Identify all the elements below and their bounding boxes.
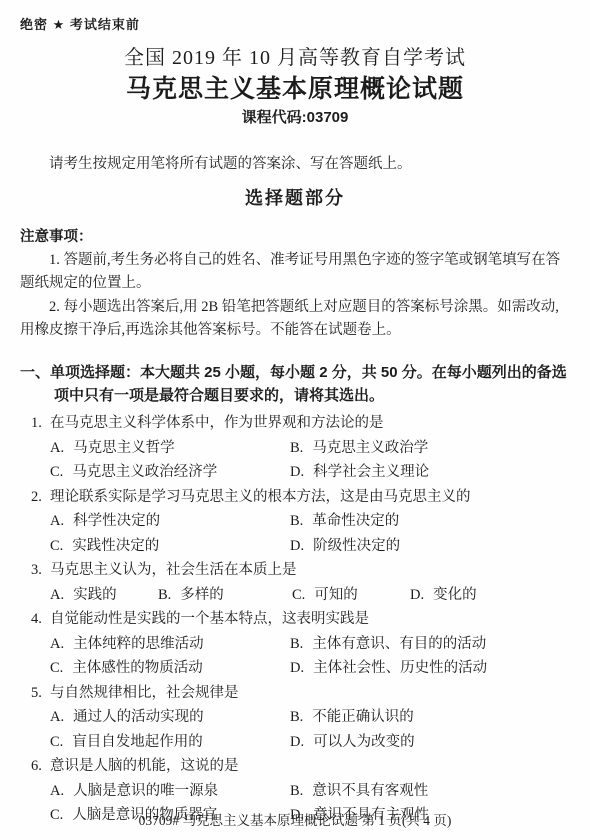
question-list: 1.在马克思主义科学体系中，作为世界观和方法论的是 A.马克思主义哲学 B.马克…	[20, 411, 570, 828]
option-letter: A.	[50, 587, 64, 603]
course-code: 课程代码:03709	[20, 108, 570, 128]
option-text: 阶级性决定的	[313, 538, 400, 554]
option-letter: D.	[410, 587, 424, 603]
option-text: 实践性决定的	[72, 538, 159, 554]
question-stem-row: 4.自觉能动性是实践的一个基本特点，这表明实践是	[20, 607, 570, 632]
note-item: 2. 每小题选出答案后,用 2B 铅笔把答题纸上对应题目的答案标号涂黑。如需改动…	[20, 296, 570, 341]
answer-option: C.可知的	[292, 583, 410, 608]
question-stem-row: 2.理论联系实际是学习马克思主义的根本方法，这是由马克思主义的	[20, 485, 570, 510]
option-group: A.马克思主义哲学 B.马克思主义政治学 C.马克思主义政治经济学 D.科学社会…	[20, 436, 570, 485]
option-letter: B.	[290, 636, 303, 652]
option-letter: A.	[50, 513, 64, 529]
answer-option: D.主体社会性、历史性的活动	[290, 656, 570, 681]
option-letter: A.	[50, 783, 64, 799]
option-text: 主体纯粹的思维活动	[73, 636, 204, 652]
notes-title: 注意事项：	[20, 227, 570, 247]
option-group: A.通过人的活动实现的 B.不能正确认识的 C.盲目自发地起作用的 D.可以人为…	[20, 705, 570, 754]
answer-option: B.多样的	[158, 583, 292, 608]
option-letter: B.	[290, 440, 303, 456]
option-text: 通过人的活动实现的	[73, 709, 204, 725]
option-letter: B.	[290, 513, 303, 529]
question-stem: 自觉能动性是实践的一个基本特点，这表明实践是	[50, 611, 369, 627]
option-text: 主体有意识、有目的的活动	[312, 636, 486, 652]
option-letter: A.	[50, 440, 64, 456]
question-stem: 与自然规律相比，社会规律是	[50, 685, 239, 701]
option-letter: A.	[50, 636, 64, 652]
option-text: 盲目自发地起作用的	[72, 734, 203, 750]
option-letter: D.	[290, 538, 304, 554]
question-number: 3.	[31, 558, 50, 583]
option-text: 科学社会主义理论	[313, 464, 429, 480]
option-letter: D.	[290, 734, 304, 750]
page-footer: 03709# 马克思主义基本原理概论试题 第 1 页(共 4 页)	[0, 809, 590, 829]
option-letter: C.	[50, 660, 63, 676]
answer-option: A.通过人的活动实现的	[50, 705, 290, 730]
answer-option: A.科学性决定的	[50, 509, 290, 534]
question-stem-row: 1.在马克思主义科学体系中，作为世界观和方法论的是	[20, 411, 570, 436]
option-text: 马克思主义政治经济学	[72, 464, 217, 480]
answer-option: B.不能正确认识的	[290, 705, 570, 730]
option-letter: D.	[290, 660, 304, 676]
question-stem: 理论联系实际是学习马克思主义的根本方法，这是由马克思主义的	[50, 489, 471, 505]
answer-option: B.意识不具有客观性	[290, 779, 570, 804]
question: 1.在马克思主义科学体系中，作为世界观和方法论的是 A.马克思主义哲学 B.马克…	[20, 411, 570, 485]
answer-option: B.主体有意识、有目的的活动	[290, 632, 570, 657]
exam-page: 绝密 ★ 考试结束前 全国 2019 年 10 月高等教育自学考试 马克思主义基…	[0, 0, 590, 840]
option-text: 实践的	[73, 587, 117, 603]
answer-option: B.革命性决定的	[290, 509, 570, 534]
answer-option: A.实践的	[50, 583, 158, 608]
option-letter: D.	[290, 464, 304, 480]
answer-option: D.可以人为改变的	[290, 730, 570, 755]
option-text: 主体感性的物质活动	[72, 660, 203, 676]
option-text: 人脑是意识的唯一源泉	[73, 783, 218, 799]
question-stem: 意识是人脑的机能，这说的是	[50, 758, 239, 774]
option-text: 可知的	[314, 587, 358, 603]
answer-option: D.变化的	[410, 583, 570, 608]
option-letter: B.	[290, 783, 303, 799]
option-text: 科学性决定的	[73, 513, 160, 529]
option-text: 马克思主义政治学	[312, 440, 428, 456]
answer-sheet-instruction: 请考生按规定用笔将所有试题的答案涂、写在答题纸上。	[20, 153, 570, 175]
secrecy-label: 绝密 ★ 考试结束前	[20, 14, 570, 33]
option-letter: C.	[292, 587, 305, 603]
option-text: 不能正确认识的	[312, 709, 414, 725]
question-number: 4.	[31, 607, 50, 632]
question-stem-row: 3.马克思主义认为，社会生活在本质上是	[20, 558, 570, 583]
question-number: 2.	[31, 485, 50, 510]
part-one-heading: 一、单项选择题：本大题共 25 小题，每小题 2 分，共 50 分。在每小题列出…	[20, 362, 570, 407]
section-title: 选择题部分	[20, 186, 570, 210]
answer-option: A.马克思主义哲学	[50, 436, 290, 461]
option-letter: B.	[158, 587, 171, 603]
answer-option: C.马克思主义政治经济学	[50, 460, 290, 485]
option-letter: C.	[50, 538, 63, 554]
answer-option: C.主体感性的物质活动	[50, 656, 290, 681]
option-group: A.实践的 B.多样的 C.可知的 D.变化的	[20, 583, 570, 608]
option-group: A.主体纯粹的思维活动 B.主体有意识、有目的的活动 C.主体感性的物质活动 D…	[20, 632, 570, 681]
option-text: 可以人为改变的	[313, 734, 415, 750]
exam-session: 全国 2019 年 10 月高等教育自学考试	[20, 45, 570, 71]
note-item: 1. 答题前,考生务必将自己的姓名、准考证号用黑色字迹的签字笔或钢笔填写在答题纸…	[20, 249, 570, 294]
option-text: 多样的	[180, 587, 224, 603]
option-text: 革命性决定的	[312, 513, 399, 529]
answer-option: D.阶级性决定的	[290, 534, 570, 559]
answer-option: C.盲目自发地起作用的	[50, 730, 290, 755]
option-text: 变化的	[433, 587, 477, 603]
answer-option: A.人脑是意识的唯一源泉	[50, 779, 290, 804]
question-stem: 在马克思主义科学体系中，作为世界观和方法论的是	[50, 415, 384, 431]
question: 4.自觉能动性是实践的一个基本特点，这表明实践是 A.主体纯粹的思维活动 B.主…	[20, 607, 570, 681]
question: 3.马克思主义认为，社会生活在本质上是 A.实践的 B.多样的 C.可知的 D.…	[20, 558, 570, 607]
question-stem-row: 5.与自然规律相比，社会规律是	[20, 681, 570, 706]
question-stem: 马克思主义认为，社会生活在本质上是	[50, 562, 297, 578]
option-letter: A.	[50, 709, 64, 725]
answer-option: B.马克思主义政治学	[290, 436, 570, 461]
question-number: 1.	[31, 411, 50, 436]
answer-option: A.主体纯粹的思维活动	[50, 632, 290, 657]
option-text: 马克思主义哲学	[73, 440, 175, 456]
option-text: 意识不具有客观性	[312, 783, 428, 799]
question: 2.理论联系实际是学习马克思主义的根本方法，这是由马克思主义的 A.科学性决定的…	[20, 485, 570, 559]
notes-block: 注意事项： 1. 答题前,考生务必将自己的姓名、准考证号用黑色字迹的签字笔或钢笔…	[20, 227, 570, 341]
option-text: 主体社会性、历史性的活动	[313, 660, 487, 676]
question-number: 5.	[31, 681, 50, 706]
option-letter: C.	[50, 734, 63, 750]
option-group: A.科学性决定的 B.革命性决定的 C.实践性决定的 D.阶级性决定的	[20, 509, 570, 558]
question-stem-row: 6.意识是人脑的机能，这说的是	[20, 754, 570, 779]
option-letter: C.	[50, 464, 63, 480]
answer-option: D.科学社会主义理论	[290, 460, 570, 485]
exam-title: 马克思主义基本原理概论试题	[20, 73, 570, 105]
option-letter: B.	[290, 709, 303, 725]
question-number: 6.	[31, 754, 50, 779]
answer-option: C.实践性决定的	[50, 534, 290, 559]
question: 5.与自然规律相比，社会规律是 A.通过人的活动实现的 B.不能正确认识的 C.…	[20, 681, 570, 755]
